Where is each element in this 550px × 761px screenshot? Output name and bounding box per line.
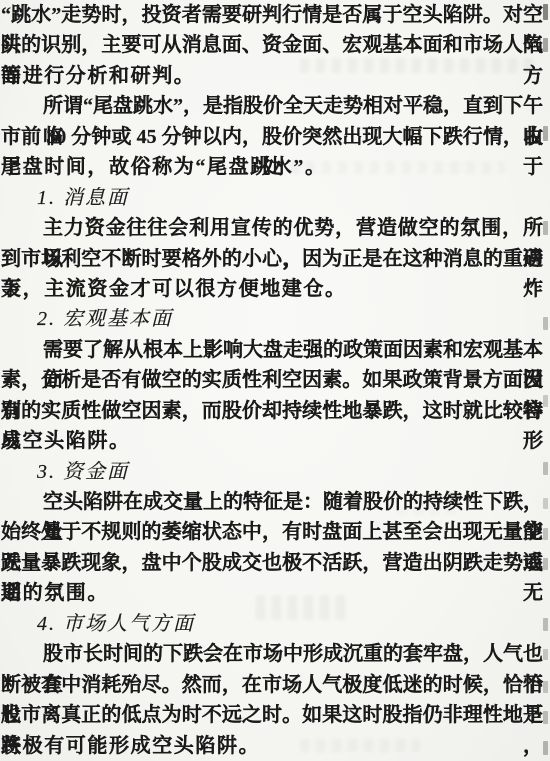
text-line: “跳水”走势时，投资者需要研判行情是否属于空头陷阱。对空头陷 (1, 0, 543, 30)
scan-smudge (290, 161, 505, 174)
scan-artifact (543, 528, 548, 540)
scan-smudge (256, 595, 348, 620)
scan-artifact (543, 317, 548, 330)
text-line: 需要了解从根本上影响大盘走强的政策面因素和宏观基本面因 (1, 335, 543, 365)
text-line: 到市场利空不断时要格外的小心，因为正是在这种消息的重磅轰炸 (1, 244, 543, 274)
scan-artifact (543, 395, 548, 407)
scan-artifact (543, 126, 548, 141)
scan-artifact (543, 38, 548, 52)
text-line: 素，分析是否有做空的实质性利空因素。如果政策背景方面没有特 (1, 365, 543, 395)
text-line: 空头陷阱在成交量上的特征是：随着股价的持续性下跌，量能 (1, 487, 543, 517)
scan-smudge (398, 505, 458, 515)
scan-artifact (543, 741, 548, 755)
text-line: 股市离真正的低点为时不远之时。如果这时股指仍非理性地下跌， (1, 700, 543, 730)
scan-artifact (543, 649, 548, 660)
text-line: 所谓“尾盘跳水”，是指股价全天走势相对平稳，直到下午临收 (1, 91, 543, 121)
text-line: 市前 30 分钟或 45 分钟以内，股价突然出现大幅下跌行情，由于处于 (1, 122, 543, 152)
scan-artifact (543, 498, 548, 509)
text-line: 断被套中消耗殆尽。然而，在市场人气极度低迷的时候，恰恰也是 (1, 670, 543, 700)
heading-line: 2. 宏观基本面 (1, 304, 543, 334)
scan-smudge (300, 58, 538, 73)
scan-artifact (543, 558, 548, 570)
heading-line: 3. 资金面 (1, 457, 543, 487)
text-line: 别的实质性做空因素，而股价却持续性地暴跌，这时就比较容易形 (1, 396, 543, 426)
scan-artifact (543, 618, 548, 631)
text-line: 主力资金往往会利用宣传的优势，营造做空的氛围，所以，遇 (1, 213, 543, 243)
scan-artifact (543, 462, 548, 475)
scan-artifact (543, 711, 548, 724)
scan-artifact (543, 4, 548, 20)
text-line: 始终处于不规则的萎缩状态中，有时盘面上甚至会出现无量空跌或 (1, 517, 543, 547)
text-line: 无量暴跌现象，盘中个股成交也极不活跃，营造出阴跌走势遥遥无 (1, 548, 543, 578)
heading-line: 1. 消息面 (1, 183, 543, 213)
scan-artifact (543, 681, 548, 693)
scan-artifact (543, 221, 548, 235)
text-line: 阱的识别，主要可从消息面、资金面、宏观基本面和市场人气等方 (1, 30, 543, 60)
scanned-page: “跳水”走势时，投资者需要研判行情是否属于空头陷阱。对空头陷 阱的识别，主要可从… (0, 0, 550, 761)
page-text: “跳水”走势时，投资者需要研判行情是否属于空头陷阱。对空头陷 阱的识别，主要可从… (1, 0, 543, 761)
scan-smudge (300, 739, 420, 752)
text-line: 股市长时间的下跌会在市场中形成沉重的套牢盘，人气也在不 (1, 639, 543, 669)
